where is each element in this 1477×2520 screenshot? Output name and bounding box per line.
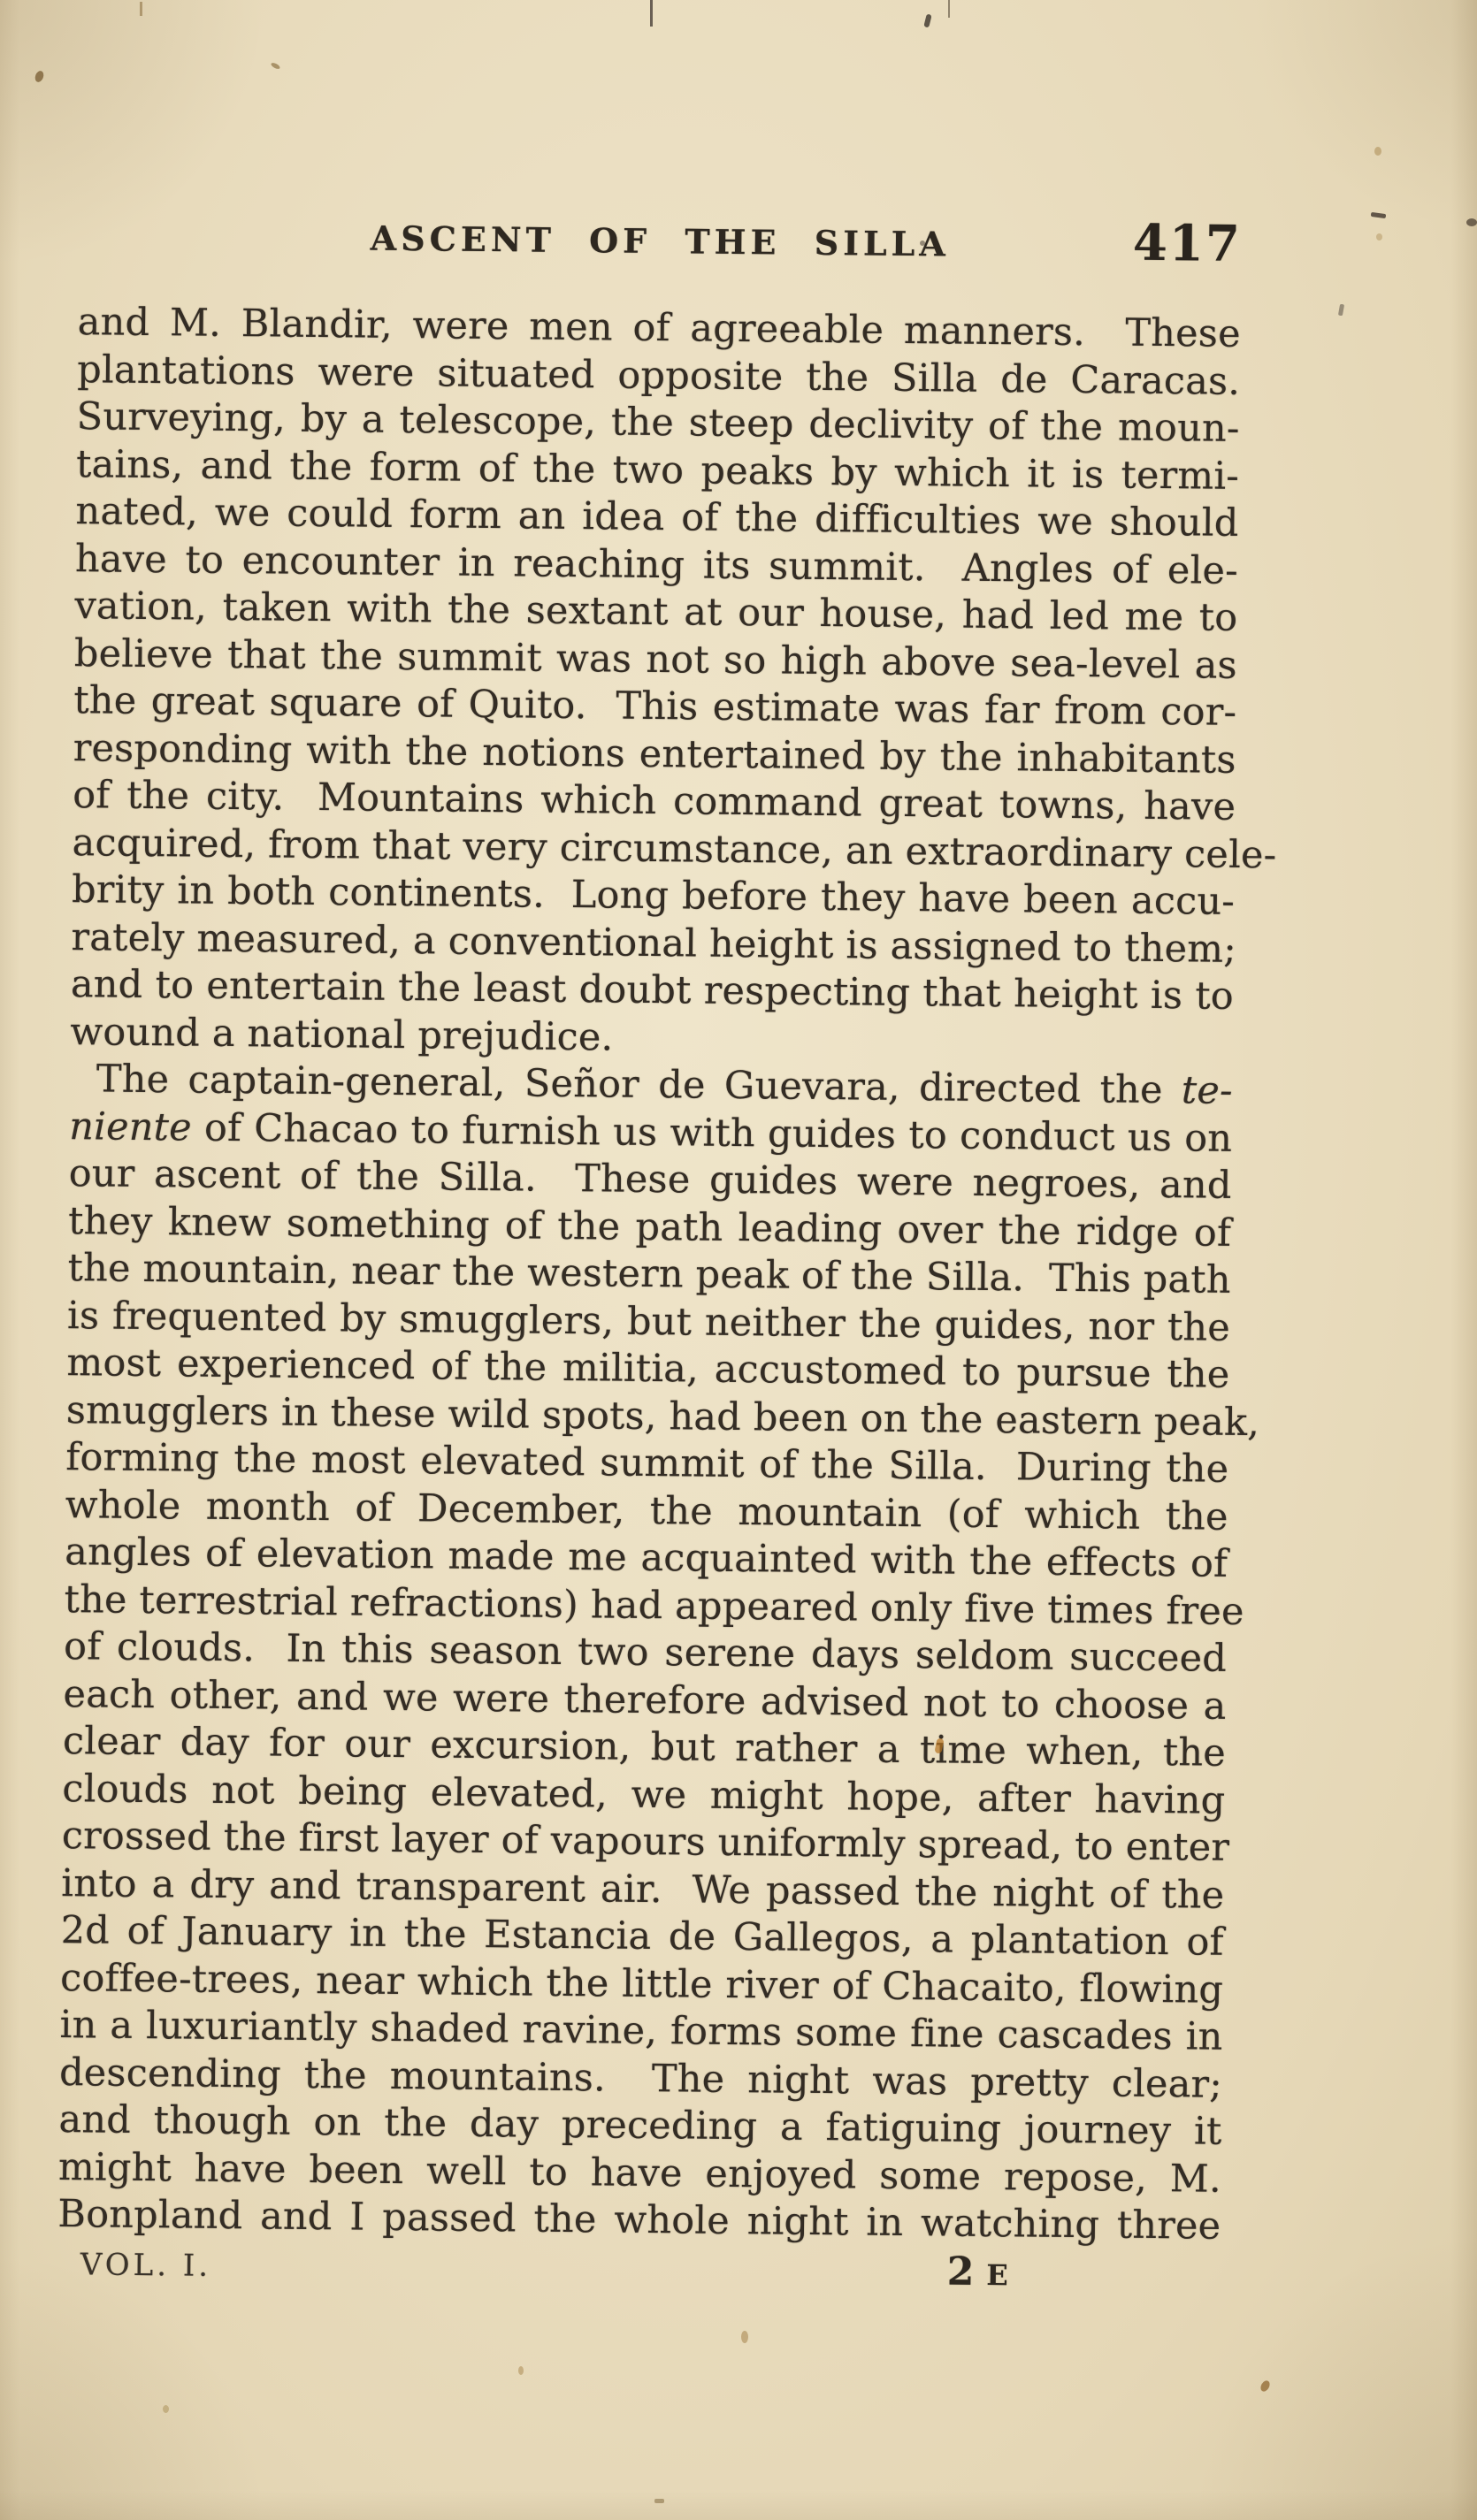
paper-speck <box>1466 218 1477 226</box>
signature-mark: 2E <box>946 2249 1008 2295</box>
paper-speck <box>741 2331 748 2343</box>
paper-speck <box>1374 147 1381 156</box>
paper-speck <box>1338 304 1344 317</box>
paper-speck <box>34 70 45 83</box>
paper-speck <box>654 2499 664 2503</box>
paper-speck <box>1371 212 1387 218</box>
signature-letter: E <box>986 2258 1008 2292</box>
book-page-scan: ASCENT OF THE SILLA 417 and M. Blandir, … <box>0 0 1477 2520</box>
page-content: ASCENT OF THE SILLA 417 and M. Blandir, … <box>57 215 1242 2301</box>
paper-speck <box>1259 2379 1271 2394</box>
paper-speck <box>270 62 280 71</box>
paper-speck <box>923 13 931 27</box>
paper-speck <box>140 2 142 16</box>
signature-number: 2 <box>946 2249 974 2294</box>
volume-label: VOL. I. <box>80 2247 212 2284</box>
running-head-title: ASCENT OF THE SILLA <box>370 218 950 264</box>
running-head: ASCENT OF THE SILLA 417 <box>79 215 1242 271</box>
paper-speck <box>1376 233 1382 241</box>
page-body-text: and M. Blandir, were men of agreeable ma… <box>57 299 1241 2250</box>
page-number: 417 <box>1133 214 1243 273</box>
paper-speck <box>948 0 950 18</box>
paper-speck <box>518 2366 524 2375</box>
paper-speck <box>650 0 653 27</box>
paper-speck <box>163 2405 169 2413</box>
